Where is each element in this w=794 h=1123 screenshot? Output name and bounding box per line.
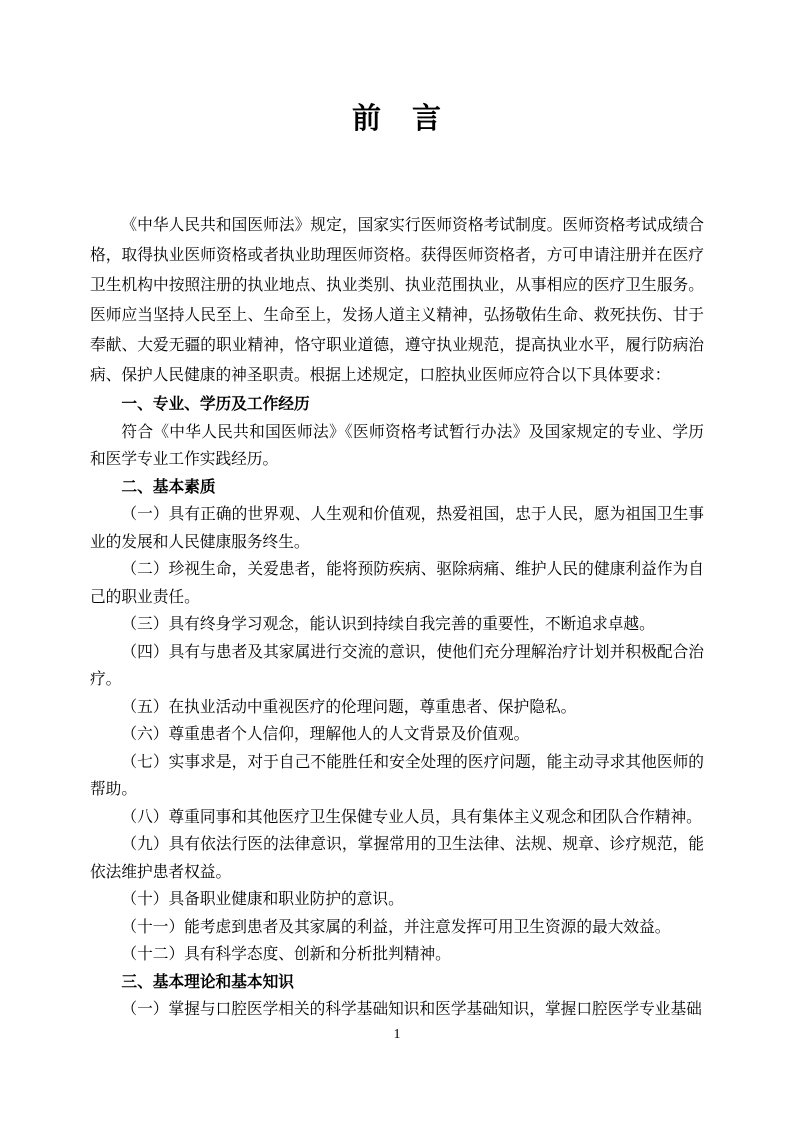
paragraph-continues: （一）掌握与口腔医学相关的科学基础知识和医学基础知识，掌握口腔医学专业基础 <box>90 996 704 1024</box>
list-item-10: （十）具备职业健康和职业防护的意识。 <box>90 886 704 914</box>
list-item-11: （十一）能考虑到患者及其家属的利益，并注意发挥可用卫生资源的最大效益。 <box>90 914 704 942</box>
list-item-5: （五）在执业活动中重视医疗的伦理问题，尊重患者、保护隐私。 <box>90 694 704 722</box>
page-number: 1 <box>0 1026 794 1044</box>
list-item-3: （三）具有终身学习观念，能认识到持续自我完善的重要性，不断追求卓越。 <box>90 611 704 639</box>
section-heading-1: 一、专业、学历及工作经历 <box>90 391 704 419</box>
page-title: 前 言 <box>90 98 704 140</box>
list-item-8: （八）尊重同事和其他医疗卫生保健专业人员，具有集体主义观念和团队合作精神。 <box>90 804 704 832</box>
list-item-4: （四）具有与患者及其家属进行交流的意识，使他们充分理解治疗计划并积极配合治疗。 <box>90 639 704 694</box>
list-item-1: （一）具有正确的世界观、人生观和价值观，热爱祖国，忠于人民，愿为祖国卫生事业的发… <box>90 501 704 556</box>
section-heading-3: 三、基本理论和基本知识 <box>90 969 704 997</box>
list-item-2: （二）珍视生命，关爱患者，能将预防疾病、驱除病痛、维护人民的健康利益作为自己的职… <box>90 556 704 611</box>
document-page: 前 言 《中华人民共和国医师法》规定，国家实行医师资格考试制度。医师资格考试成绩… <box>0 0 794 1123</box>
paragraph-intro: 《中华人民共和国医师法》规定，国家实行医师资格考试制度。医师资格考试成绩合格，取… <box>90 211 704 391</box>
list-item-9: （九）具有依法行医的法律意识，掌握常用的卫生法律、法规、规章、诊疗规范，能依法维… <box>90 831 704 886</box>
paragraph: 符合《中华人民共和国医师法》《医师资格考试暂行办法》及国家规定的专业、学历和医学… <box>90 419 704 474</box>
list-item-6: （六）尊重患者个人信仰，理解他人的人文背景及价值观。 <box>90 721 704 749</box>
list-item-7: （七）实事求是，对于自己不能胜任和安全处理的医疗问题，能主动寻求其他医师的帮助。 <box>90 749 704 804</box>
section-heading-2: 二、基本素质 <box>90 474 704 502</box>
list-item-12: （十二）具有科学态度、创新和分析批判精神。 <box>90 941 704 969</box>
